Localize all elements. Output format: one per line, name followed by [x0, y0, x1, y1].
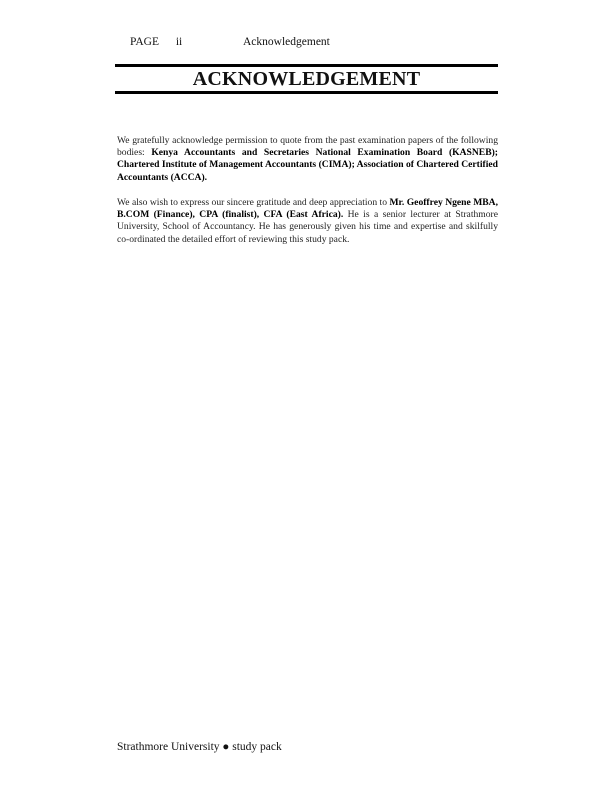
- paragraph-text: We also wish to express our sincere grat…: [117, 197, 389, 208]
- paragraph-reviewer-thanks: We also wish to express our sincere grat…: [117, 197, 498, 246]
- section-title: Acknowledgement: [243, 36, 330, 48]
- page-title: ACKNOWLEDGEMENT: [115, 67, 498, 91]
- page-number: ii: [176, 36, 182, 48]
- page-label: PAGE: [130, 36, 159, 48]
- paragraph-acknowledgement-bodies: We gratefully acknowledge permission to …: [117, 135, 498, 184]
- bodies-list: Kenya Accountants and Secretaries Nation…: [117, 147, 498, 182]
- running-header: PAGE ii Acknowledgement: [130, 36, 182, 48]
- page-footer: Strathmore University ● study pack: [117, 741, 282, 753]
- title-rule-bottom: [115, 91, 498, 94]
